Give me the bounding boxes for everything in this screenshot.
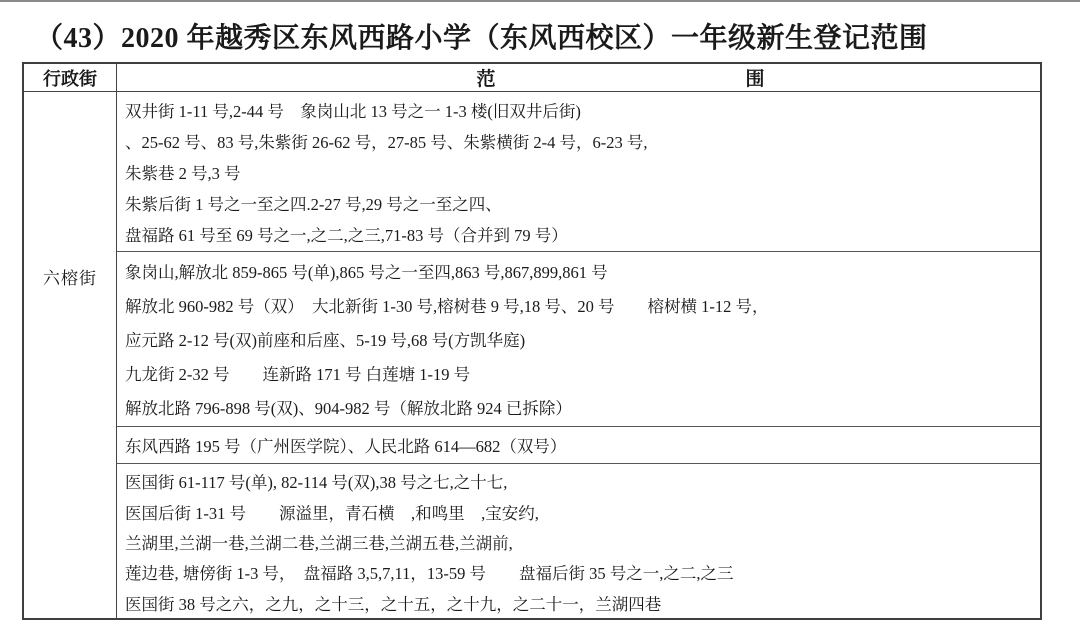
page-title: （43）2020 年越秀区东风西路小学（东风西校区）一年级新生登记范围 xyxy=(35,16,1055,56)
range-line: 应元路 2-12 号(双)前座和后座、5-19 号,68 号(方凯华庭) xyxy=(125,327,1030,351)
range-row-4: 医国街 61-117 号(单), 82-114 号(双),38 号之七,之十七,… xyxy=(116,464,1040,620)
header-range: 范 围 xyxy=(116,64,1040,92)
range-line: 朱紫巷 2 号,3 号 xyxy=(125,160,1030,184)
range-line: 医国街 38 号之六，之九，之十三，之十五，之十九，之二十一，兰湖四巷 xyxy=(125,591,1030,615)
range-line: 解放北路 796-898 号(双)、904-982 号（解放北路 924 已拆除… xyxy=(125,395,1030,419)
range-line: 、25-62 号、83 号,朱紫街 26-62 号，27-85 号、朱紫横街 2… xyxy=(125,129,1030,153)
header-range-char-2: 围 xyxy=(746,64,765,91)
range-line: 兰湖里,兰湖一巷,兰湖二巷,兰湖三巷,兰湖五巷,兰湖前, xyxy=(125,530,1030,554)
range-line: 朱紫后街 1 号之一至之四.2-27 号,29 号之一至之四、 xyxy=(125,191,1030,215)
street-name: 六榕街 xyxy=(43,264,97,289)
range-line: 医国街 61-117 号(单), 82-114 号(双),38 号之七,之十七, xyxy=(125,469,1030,493)
range-row-3: 东风西路 195 号（广州医学院）、人民北路 614—682（双号） xyxy=(116,427,1040,464)
range-line: 医国后街 1-31 号 源溢里，青石横 ,和鸣里 ,宝安约, xyxy=(125,500,1030,524)
registration-range-table: 行政街 范 围 六榕街 双井街 1-11 号,2-44 号 象岗山北 13 号之… xyxy=(22,62,1042,620)
header-range-char-1: 范 xyxy=(476,64,495,91)
header-admin-street: 行政街 xyxy=(24,64,116,92)
range-line: 东风西路 195 号（广州医学院）、人民北路 614—682（双号） xyxy=(125,433,1030,457)
page-top-rule xyxy=(0,0,1080,2)
range-line: 象岗山,解放北 859-865 号(单),865 号之一至四,863 号,867… xyxy=(125,259,1030,283)
range-row-1: 双井街 1-11 号,2-44 号 象岗山北 13 号之一 1-3 楼(旧双井后… xyxy=(116,92,1040,252)
range-line: 盘福路 61 号至 69 号之一,之二,之三,71-83 号（合并到 79 号） xyxy=(125,222,1030,246)
range-line: 莲边巷, 塘傍街 1-3 号， 盘福路 3,5,7,11，13-59 号 盘福后… xyxy=(125,560,1030,584)
street-name-cell: 六榕街 xyxy=(24,92,116,620)
range-line: 九龙街 2-32 号 连新路 171 号 白莲塘 1-19 号 xyxy=(125,361,1030,385)
range-row-2: 象岗山,解放北 859-865 号(单),865 号之一至四,863 号,867… xyxy=(116,252,1040,427)
range-line: 解放北 960-982 号（双） 大北新街 1-30 号,榕树巷 9 号,18 … xyxy=(125,293,1030,317)
range-line: 双井街 1-11 号,2-44 号 象岗山北 13 号之一 1-3 楼(旧双井后… xyxy=(125,98,1030,122)
